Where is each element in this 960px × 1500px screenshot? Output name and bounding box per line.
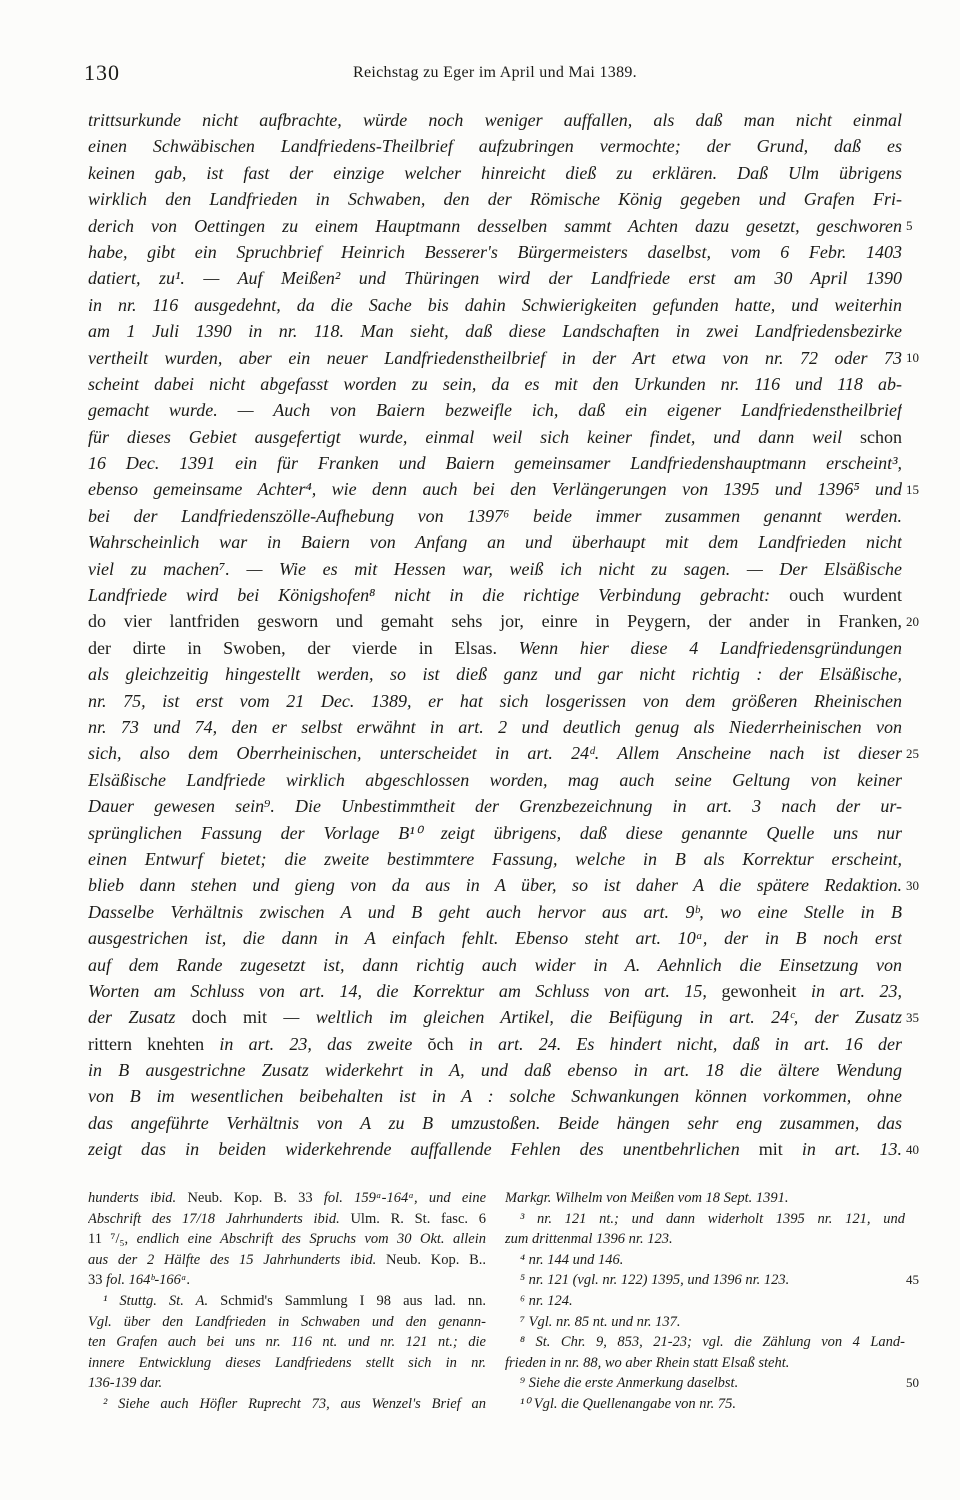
text-run: der dirte in Swoben, der vierde in Elsas…: [88, 638, 519, 658]
text-run: ebenso gemeinsame Achter⁴, wie denn auch…: [88, 479, 902, 499]
text-run: einen Schwäbischen Landfriedens-Theilbri…: [88, 136, 902, 156]
text-run: viel zu machen⁷. — Wie es mit Hessen war…: [88, 559, 902, 579]
text-run: scheint dabei nicht abgefasst worden zu …: [88, 374, 902, 394]
footnote-line: ⁶ nr. 124.: [505, 1291, 905, 1312]
running-head: Reichstag zu Eger im April und Mai 1389.: [88, 64, 902, 82]
footnote-line: aus der 2 Hälfte des 15 Jahrhunderts ibi…: [88, 1250, 486, 1271]
text-run: ŏch: [428, 1034, 454, 1054]
text-run: 16 Dec. 1391 ein für Franken und Baiern …: [88, 453, 902, 473]
margin-line-number: 45: [906, 1270, 940, 1291]
body-line: einen Entwurf bietet; die zweite bestimm…: [88, 846, 902, 872]
text-run: schon: [860, 427, 902, 447]
footnote-line: ⁴ nr. 144 und 146.: [505, 1250, 905, 1271]
body-line: blieb dann stehen und gieng von da aus i…: [88, 872, 902, 898]
body-line: das angeführte Verhältnis von A zu B umz…: [88, 1110, 902, 1136]
footnote-line: ² Siehe auch Höfler Ruprecht 73, aus Wen…: [88, 1394, 486, 1415]
text-run: endlich eine Abschrift des Spruchs vom 3…: [137, 1231, 486, 1247]
footnote-line: frieden in nr. 88, wo aber Rhein statt E…: [505, 1353, 905, 1374]
body-line: scheint dabei nicht abgefasst worden zu …: [88, 371, 902, 397]
body-line: am 1 Juli 1390 in nr. 118. Man sieht, da…: [88, 318, 902, 344]
footnote-line: hunderts ibid. Neub. Kop. B. 33 fol. 159…: [88, 1188, 486, 1209]
body-line: habe, gibt ein Spruchbrief Heinrich Bess…: [88, 239, 902, 265]
text-run: 136-139 dar.: [88, 1375, 162, 1391]
body-line: der Zusatz doch mit — weltlich im gleich…: [88, 1004, 902, 1030]
body-line: in B ausgestrichne Zusatz widerkehrt in …: [88, 1057, 902, 1083]
text-run: in art. 23,: [796, 981, 902, 1001]
body-line: als gleichzeitig hingestellt werden, so …: [88, 661, 902, 687]
text-run: fol. 164ᵇ-166ᵃ.: [106, 1272, 190, 1288]
text-run: doch mit: [192, 1007, 267, 1027]
text-run: ⁴ nr. 144 und 146.: [520, 1252, 623, 1268]
text-run: ¹ Stuttg. St. A.: [103, 1293, 220, 1309]
body-line: do vier lantfriden gesworn und gemaht se…: [88, 608, 902, 634]
text-run: wirklich den Landfrieden in Schwaben, de…: [88, 189, 902, 209]
text-run: Markgr. Wilhelm von Meißen vom 18 Sept. …: [505, 1190, 789, 1206]
body-line: zeigt das in beiden widerkehrende auffal…: [88, 1136, 902, 1162]
text-run: in art. 13.: [783, 1139, 902, 1159]
body-line: nr. 73 und 74, den er selbst erwähnt in …: [88, 714, 902, 740]
footnote-line: 33 fol. 164ᵇ-166ᵃ.: [88, 1270, 486, 1291]
margin-line-number: 20: [906, 609, 940, 635]
body-line: sprünglichen Fassung der Vorlage B¹⁰ zei…: [88, 820, 902, 846]
text-run: fol. 159ᵃ-164ᵃ, und eine: [324, 1190, 486, 1206]
text-run: Worten am Schluss von art. 14, die Korre…: [88, 981, 721, 1001]
text-run: hunderts ibid.: [88, 1190, 187, 1206]
margin-line-number: 50: [906, 1373, 940, 1394]
text-run: ⁸ St. Chr. 9, 853, 21-23; vgl. die Zählu…: [520, 1334, 905, 1350]
text-run: bei der Landfriedenszölle-Aufhebung von …: [88, 506, 902, 526]
body-line: rittern knehten in art. 23, das zweite ŏ…: [88, 1031, 902, 1057]
footnote-line: 11 ⁷/₅, endlich eine Abschrift des Spruc…: [88, 1229, 486, 1250]
margin-line-number: 10: [906, 345, 940, 371]
footnote-line: 136-139 dar.: [88, 1373, 486, 1394]
body-line: einen Schwäbischen Landfriedens-Theilbri…: [88, 133, 902, 159]
footnotes-right-column: Markgr. Wilhelm von Meißen vom 18 Sept. …: [505, 1188, 905, 1415]
text-run: nr. 73 und 74, den er selbst erwähnt in …: [88, 717, 902, 737]
text-run: gewonheit: [721, 981, 796, 1001]
text-run: Neub. Kop. B. 33: [187, 1190, 323, 1206]
body-line: für dieses Gebiet ausgefertigt wurde, ei…: [88, 424, 902, 450]
body-line: Elsäßische Landfriede wirklich abgeschlo…: [88, 767, 902, 793]
footnote-line: Vgl. über den Landfrieden in Schwaben un…: [88, 1312, 486, 1333]
body-line: der dirte in Swoben, der vierde in Elsas…: [88, 635, 902, 661]
footnote-line: zum drittenmal 1396 nr. 123.: [505, 1229, 905, 1250]
body-line: Wahrscheinlich war in Baiern von Anfang …: [88, 529, 902, 555]
text-run: do vier lantfriden gesworn und gemaht se…: [88, 611, 902, 631]
footnote-line: ³ nr. 121 nt.; und dann widerholt 1395 n…: [505, 1209, 905, 1230]
text-run: ouch wurdent: [789, 585, 902, 605]
text-run: rittern knehten: [88, 1034, 204, 1054]
text-run: 33: [88, 1272, 106, 1288]
text-run: Dauer gewesen sein⁹. Die Unbestimmtheit …: [88, 796, 902, 816]
footnote-line: ¹ Stuttg. St. A. Schmid's Sammlung I 98 …: [88, 1291, 486, 1312]
body-line: in nr. 116 ausgedehnt, da die Sache bis …: [88, 292, 902, 318]
margin-line-number: 15: [906, 477, 940, 503]
text-run: trittsurkunde nicht aufbrachte, würde no…: [88, 110, 902, 130]
margin-line-number: 30: [906, 873, 940, 899]
text-run: Abschrift des 17/18 Jahrhunderts ibid.: [88, 1211, 350, 1227]
text-run: aus der 2 Hälfte des 15 Jahrhunderts ibi…: [88, 1252, 386, 1268]
text-run: derich von Oettingen zu einem Hauptmann …: [88, 216, 902, 236]
text-run: in nr. 116 ausgedehnt, da die Sache bis …: [88, 295, 902, 315]
text-run: Landfriede wird bei Königshofen⁸ nicht i…: [88, 585, 789, 605]
body-line: trittsurkunde nicht aufbrachte, würde no…: [88, 107, 902, 133]
text-run: mit: [759, 1139, 783, 1159]
text-run: — weltlich im gleichen Artikel, die Beif…: [267, 1007, 902, 1027]
footnote-line: ⁷ Vgl. nr. 85 nt. und nr. 137.: [505, 1312, 905, 1333]
footnote-line: Abschrift des 17/18 Jahrhunderts ibid. U…: [88, 1209, 486, 1230]
body-line: vertheilt wurden, aber ein neuer Landfri…: [88, 345, 902, 371]
text-run: Vgl. über den Landfrieden in Schwaben un…: [88, 1314, 486, 1330]
text-run: zum drittenmal 1396 nr. 123.: [505, 1231, 673, 1247]
text-run: zeigt das in beiden widerkehrende auffal…: [88, 1139, 759, 1159]
body-line: keinen gab, ist fast der einzige welcher…: [88, 160, 902, 186]
text-run: ten Grafen auch bei uns nr. 116 nt. und …: [88, 1334, 486, 1350]
footnote-line: ⁹ Siehe die erste Anmerkung daselbst.: [505, 1373, 905, 1394]
footnote-line: ten Grafen auch bei uns nr. 116 nt. und …: [88, 1332, 486, 1353]
text-run: blieb dann stehen und gieng von da aus i…: [88, 875, 902, 895]
text-run: Wenn hier diese 4 Landfriedensgründungen: [519, 638, 902, 658]
footnote-line: ⁵ nr. 121 (vgl. nr. 122) 1395, und 1396 …: [505, 1270, 905, 1291]
text-run: nr. 75, ist erst vom 21 Dec. 1389, er ha…: [88, 691, 902, 711]
text-run: vertheilt wurden, aber ein neuer Landfri…: [88, 348, 902, 368]
text-run: der Zusatz: [88, 1007, 192, 1027]
body-line: datiert, zu¹. — Auf Meißen² und Thüringe…: [88, 265, 902, 291]
text-run: Elsäßische Landfriede wirklich abgeschlo…: [88, 770, 902, 790]
body-line: auf dem Rande zugesetzt ist, dann richti…: [88, 952, 902, 978]
text-run: habe, gibt ein Spruchbrief Heinrich Bess…: [88, 242, 902, 262]
text-run: ¹⁰ Vgl. die Quellenangabe von nr. 75.: [520, 1396, 736, 1412]
text-run: innere Entwicklung dieses Landfriedens s…: [88, 1355, 486, 1371]
text-run: Dasselbe Verhältnis zwischen A und B geh…: [88, 902, 902, 922]
body-line: 16 Dec. 1391 ein für Franken und Baiern …: [88, 450, 902, 476]
text-run: Ulm. R. St. fasc. 6: [350, 1211, 486, 1227]
text-run: ⁶ nr. 124.: [520, 1293, 573, 1309]
text-run: 11 ⁷/₅,: [88, 1231, 137, 1247]
body-line: Worten am Schluss von art. 14, die Korre…: [88, 978, 902, 1004]
body-line: ausgestrichen ist, die dann in A einfach…: [88, 925, 902, 951]
text-run: ausgestrichen ist, die dann in A einfach…: [88, 928, 902, 948]
body-line: von B im wesentlichen beibehalten ist in…: [88, 1083, 902, 1109]
margin-line-number: 40: [906, 1137, 940, 1163]
text-run: ⁹ Siehe die erste Anmerkung daselbst.: [520, 1375, 738, 1391]
margin-line-number: 5: [906, 213, 940, 239]
body-line: viel zu machen⁷. — Wie es mit Hessen war…: [88, 556, 902, 582]
text-run: Schmid's Sammlung I 98 aus lad. nn.: [220, 1293, 486, 1309]
text-run: das angeführte Verhältnis von A zu B umz…: [88, 1113, 902, 1133]
text-run: in art. 24. Es hindert nicht, daß in art…: [454, 1034, 902, 1054]
body-line: wirklich den Landfrieden in Schwaben, de…: [88, 186, 902, 212]
body-line: bei der Landfriedenszölle-Aufhebung von …: [88, 503, 902, 529]
text-run: als gleichzeitig hingestellt werden, so …: [88, 664, 902, 684]
text-run: ⁷ Vgl. nr. 85 nt. und nr. 137.: [520, 1314, 681, 1330]
text-run: sprünglichen Fassung der Vorlage B¹⁰ zei…: [88, 823, 902, 843]
body-line: Dasselbe Verhältnis zwischen A und B geh…: [88, 899, 902, 925]
body-line: Landfriede wird bei Königshofen⁸ nicht i…: [88, 582, 902, 608]
text-run: ² Siehe auch Höfler Ruprecht 73, aus Wen…: [103, 1396, 486, 1412]
text-run: in art. 23, das zweite: [204, 1034, 427, 1054]
body-text: trittsurkunde nicht aufbrachte, würde no…: [88, 107, 902, 1163]
body-line: derich von Oettingen zu einem Hauptmann …: [88, 213, 902, 239]
footnote-line: innere Entwicklung dieses Landfriedens s…: [88, 1353, 486, 1374]
text-run: in B ausgestrichne Zusatz widerkehrt in …: [88, 1060, 902, 1080]
text-run: von B im wesentlichen beibehalten ist in…: [88, 1086, 902, 1106]
footnote-line: Markgr. Wilhelm von Meißen vom 18 Sept. …: [505, 1188, 905, 1209]
text-run: gemacht wurde. — Auch von Baiern bezweif…: [88, 400, 902, 420]
footnote-line: ⁸ St. Chr. 9, 853, 21-23; vgl. die Zählu…: [505, 1332, 905, 1353]
footnotes-left-column: hunderts ibid. Neub. Kop. B. 33 fol. 159…: [88, 1188, 486, 1415]
book-page: 130 Reichstag zu Eger im April und Mai 1…: [0, 0, 960, 1500]
text-run: ³ nr. 121 nt.; und dann widerholt 1395 n…: [520, 1211, 905, 1227]
text-run: für dieses Gebiet ausgefertigt wurde, ei…: [88, 427, 860, 447]
text-run: datiert, zu¹. — Auf Meißen² und Thüringe…: [88, 268, 902, 288]
body-line: nr. 75, ist erst vom 21 Dec. 1389, er ha…: [88, 688, 902, 714]
footnote-line: ¹⁰ Vgl. die Quellenangabe von nr. 75.: [505, 1394, 905, 1415]
text-run: keinen gab, ist fast der einzige welcher…: [88, 163, 902, 183]
body-line: sich, also dem Oberrheinischen, untersch…: [88, 740, 902, 766]
body-line: ebenso gemeinsame Achter⁴, wie denn auch…: [88, 476, 902, 502]
text-run: frieden in nr. 88, wo aber Rhein statt E…: [505, 1355, 789, 1371]
body-line: Dauer gewesen sein⁹. Die Unbestimmtheit …: [88, 793, 902, 819]
margin-line-number: 35: [906, 1005, 940, 1031]
margin-line-number: 25: [906, 741, 940, 767]
text-run: Wahrscheinlich war in Baiern von Anfang …: [88, 532, 902, 552]
text-run: einen Entwurf bietet; die zweite bestimm…: [88, 849, 902, 869]
text-run: sich, also dem Oberrheinischen, untersch…: [88, 743, 902, 763]
text-run: ⁵ nr. 121 (vgl. nr. 122) 1395, und 1396 …: [520, 1272, 789, 1288]
body-line: gemacht wurde. — Auch von Baiern bezweif…: [88, 397, 902, 423]
text-run: am 1 Juli 1390 in nr. 118. Man sieht, da…: [88, 321, 902, 341]
text-run: Neub. Kop. B..: [386, 1252, 486, 1268]
text-run: auf dem Rande zugesetzt ist, dann richti…: [88, 955, 902, 975]
